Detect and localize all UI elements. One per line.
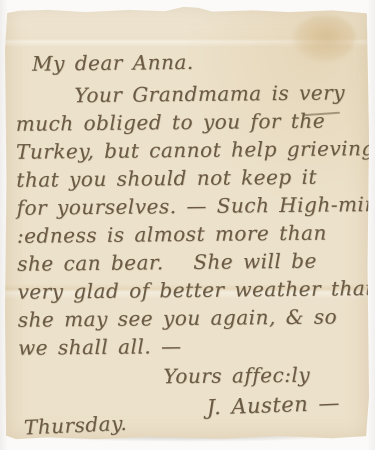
letter-line: we shall all. —	[18, 330, 365, 362]
letter-line: much obliged to you for the	[16, 106, 363, 138]
salutation: My dear Anna.	[32, 46, 362, 77]
letter-line: for yourselves. — Such High-mind:	[16, 190, 363, 222]
closing: Yours affec:ly	[163, 360, 365, 390]
date-line: Thursday.	[23, 409, 127, 442]
signature: J. Austen —	[206, 389, 340, 422]
letter-line: that you should not keep it	[16, 162, 363, 194]
letter-line: she can bear. She will be	[17, 246, 364, 278]
letter-line: :edness is almost more than	[17, 218, 364, 250]
letter-line: she may see you again, & so	[18, 302, 365, 334]
scanned-letter-page: My dear Anna. Your Grandmama is very muc…	[0, 0, 375, 450]
letter-line: Your Grandmama is very	[12, 78, 362, 110]
letter-line: Turkey, but cannot help grieving	[16, 134, 363, 166]
letter-text: My dear Anna. Your Grandmama is very muc…	[12, 46, 366, 440]
letter-paper: My dear Anna. Your Grandmama is very muc…	[5, 6, 369, 440]
signature-row: Thursday. J. Austen —	[16, 390, 366, 440]
letter-line: very glad of better weather that	[17, 274, 364, 306]
